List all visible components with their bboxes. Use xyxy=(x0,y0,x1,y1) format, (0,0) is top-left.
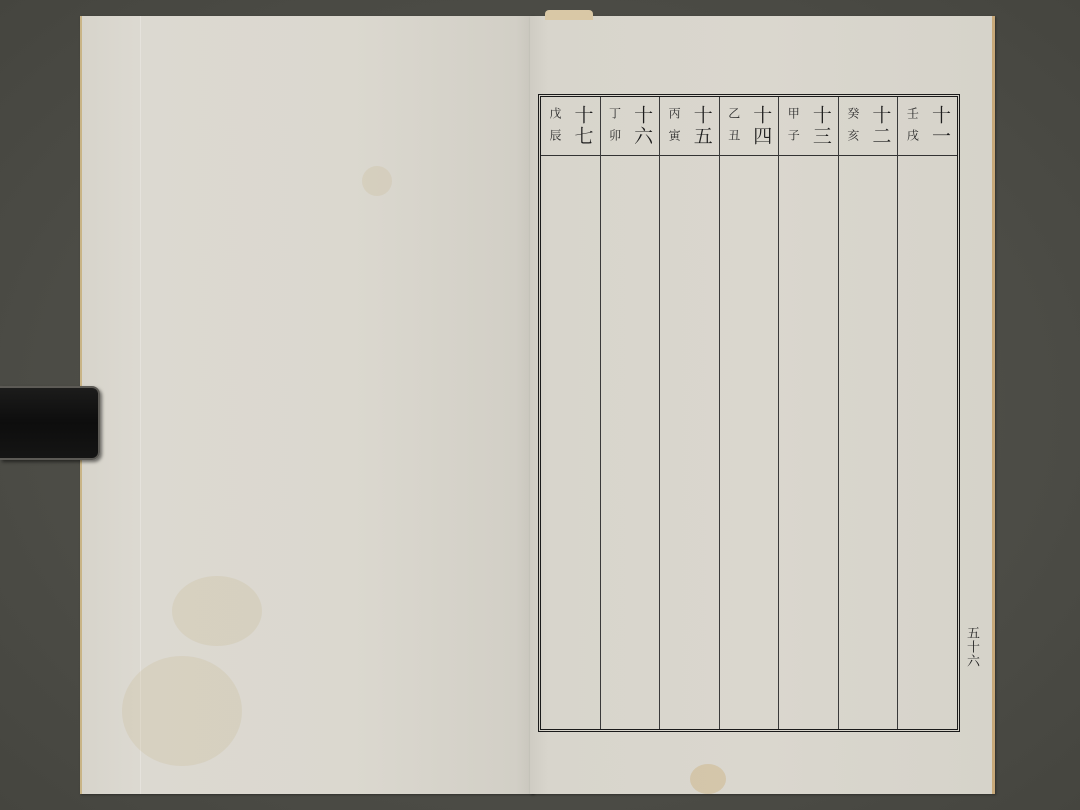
calendar-table: 十一 壬戌 十二 癸亥 十三 甲子 十四 乙丑 十五 丙寅 十六 丁卯 十七 戊… xyxy=(538,94,960,732)
day-number: 十五 xyxy=(692,105,711,147)
day-number: 十二 xyxy=(870,105,889,147)
sexagenary-day: 丁卯 xyxy=(609,107,621,151)
paper-stain xyxy=(690,764,726,794)
paper-stain xyxy=(362,166,392,196)
table-header-row: 十一 壬戌 十二 癸亥 十三 甲子 十四 乙丑 十五 丙寅 十六 丁卯 十七 戊… xyxy=(541,97,957,156)
header-cell-col-7: 十七 戊辰 xyxy=(541,97,600,155)
empty-entry-column xyxy=(778,155,838,729)
empty-entry-column xyxy=(897,155,957,729)
header-cell-col-6: 十六 丁卯 xyxy=(600,97,660,155)
day-number: 十一 xyxy=(930,105,949,147)
sexagenary-day: 甲子 xyxy=(787,107,799,151)
paper-stain xyxy=(122,656,242,766)
bookmark-tab[interactable] xyxy=(0,386,100,460)
sexagenary-day: 乙丑 xyxy=(728,107,740,151)
day-number: 十三 xyxy=(811,105,830,147)
paper-stain xyxy=(172,576,262,646)
header-cell-col-2: 十二 癸亥 xyxy=(838,97,898,155)
empty-entry-column xyxy=(659,155,719,729)
table-body xyxy=(541,155,957,729)
sexagenary-day: 戊辰 xyxy=(549,107,561,151)
empty-entry-column xyxy=(838,155,898,729)
sexagenary-day: 壬戌 xyxy=(906,107,918,151)
sexagenary-day: 丙寅 xyxy=(668,107,680,151)
header-cell-col-4: 十四 乙丑 xyxy=(719,97,779,155)
sexagenary-day: 癸亥 xyxy=(847,107,859,151)
day-number: 十四 xyxy=(751,105,770,147)
empty-entry-column xyxy=(719,155,779,729)
header-cell-col-5: 十五 丙寅 xyxy=(659,97,719,155)
page-number: 五十六 xyxy=(962,626,981,668)
header-cell-col-3: 十三 甲子 xyxy=(778,97,838,155)
left-page-blank xyxy=(80,16,534,794)
day-number: 十六 xyxy=(632,105,651,147)
empty-entry-column xyxy=(541,155,600,729)
torn-page-edge xyxy=(545,10,593,20)
day-number: 十七 xyxy=(573,105,592,147)
header-cell-col-1: 十一 壬戌 xyxy=(897,97,957,155)
empty-entry-column xyxy=(600,155,660,729)
